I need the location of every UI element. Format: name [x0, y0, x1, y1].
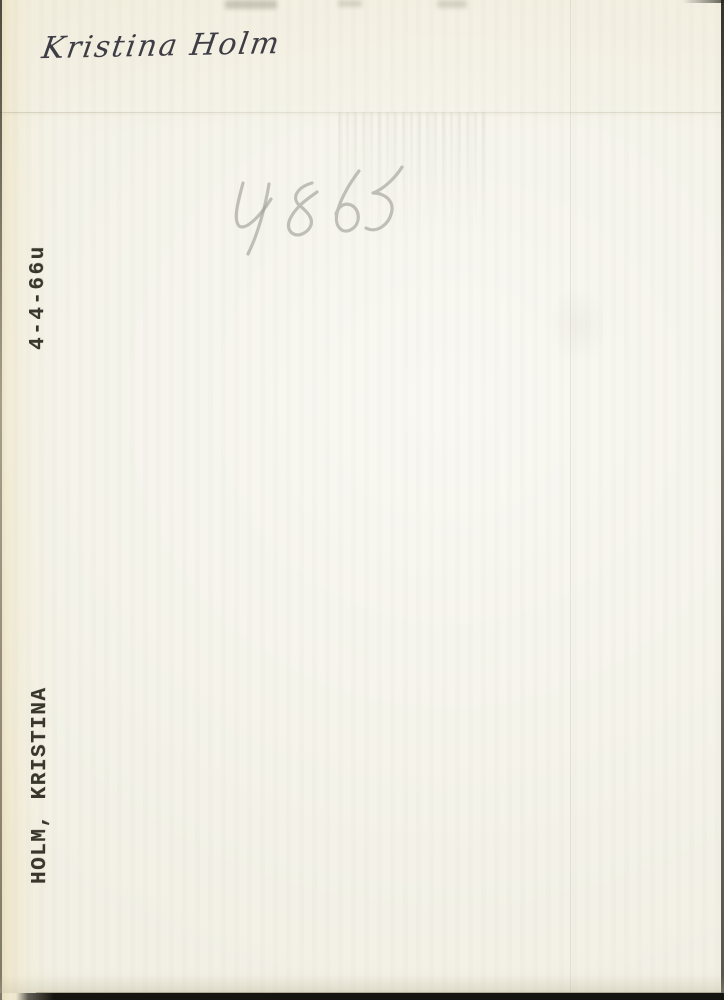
top-edge-smudge: [437, 0, 467, 8]
scanner-streak-patch: [338, 112, 490, 237]
scan-bottom-black-bar: [16, 993, 724, 1000]
photo-back-scan: Kristina Holm 4863 4-4-66u HOLM, KRISTIN…: [0, 0, 724, 1000]
top-edge-smudge: [225, 0, 277, 9]
typed-date-code-vertical: 4-4-66u: [26, 244, 52, 350]
faint-smudge: [548, 285, 608, 365]
typed-name-vertical: HOLM, KRISTINA: [28, 687, 54, 884]
top-edge-smudge: [338, 0, 362, 7]
bottom-paper-shadow: [0, 975, 724, 993]
scan-edge-top-right: [682, 0, 724, 3]
handwritten-name: Kristina Holm: [40, 26, 284, 66]
paper-crease-vertical: [570, 0, 571, 1000]
scan-edge-left: [0, 0, 2, 1000]
